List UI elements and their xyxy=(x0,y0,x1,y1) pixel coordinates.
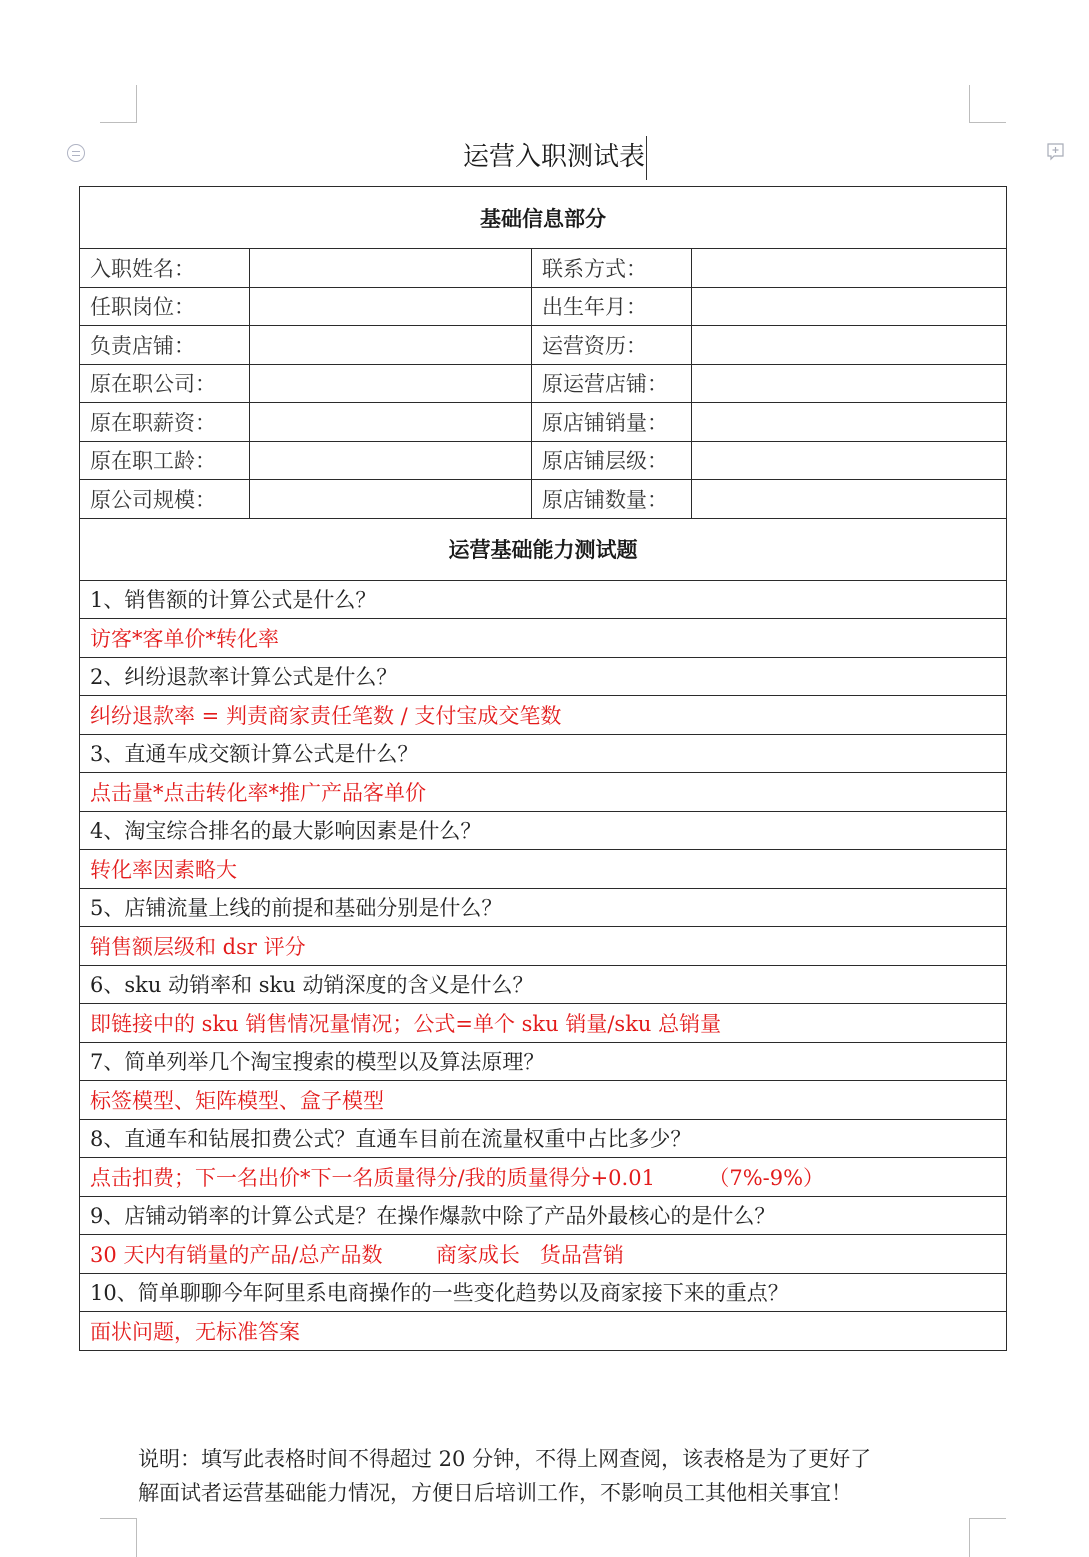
question-text: 9、店铺动销率的计算公式是？在操作爆款中除了产品外最核心的是什么？ xyxy=(80,1196,1007,1235)
field-label: 运营资历： xyxy=(532,326,692,365)
answer-row: 标签模型、矩阵模型、盒子模型 xyxy=(80,1081,1007,1120)
previous-company-field[interactable] xyxy=(250,364,532,403)
answer-row: 转化率因素略大 xyxy=(80,850,1007,889)
basic-info-heading-row: 基础信息部分 xyxy=(80,187,1007,249)
answer-text[interactable]: 标签模型、矩阵模型、盒子模型 xyxy=(80,1081,1007,1120)
answer-text[interactable]: 面状问题，无标准答案 xyxy=(80,1312,1007,1351)
question-row: 3、直通车成交额计算公式是什么？ xyxy=(80,734,1007,773)
note-line: 说明：填写此表格时间不得超过 20 分钟，不得上网查阅，该表格是为了更好了 xyxy=(138,1442,978,1476)
birth-date-field[interactable] xyxy=(692,287,1007,326)
field-label: 原运营店铺： xyxy=(532,364,692,403)
name-field[interactable] xyxy=(250,249,532,288)
info-row: 任职岗位： 出生年月： xyxy=(80,287,1007,326)
field-label: 原店铺数量： xyxy=(532,480,692,519)
field-label: 联系方式： xyxy=(532,249,692,288)
question-text: 3、直通车成交额计算公式是什么？ xyxy=(80,734,1007,773)
question-text: 7、简单列举几个淘宝搜索的模型以及算法原理？ xyxy=(80,1042,1007,1081)
page-corner-mark-bottom-left xyxy=(100,1518,137,1557)
answer-text[interactable]: 访客*客单价*转化率 xyxy=(80,619,1007,658)
contact-field[interactable] xyxy=(692,249,1007,288)
note-line: 解面试者运营基础能力情况，方便日后培训工作，不影响员工其他相关事宜！ xyxy=(138,1476,978,1510)
page-corner-mark-bottom-right xyxy=(969,1518,1006,1557)
field-label: 原店铺销量： xyxy=(532,403,692,442)
answer-row: 面状问题，无标准答案 xyxy=(80,1312,1007,1351)
responsible-store-field[interactable] xyxy=(250,326,532,365)
page-corner-mark-top-right xyxy=(969,85,1006,123)
answer-text[interactable]: 点击扣费；下一名出价*下一名质量得分/我的质量得分+0.01 （7%-9%） xyxy=(80,1158,1007,1197)
question-text: 10、简单聊聊今年阿里系电商操作的一些变化趋势以及商家接下来的重点？ xyxy=(80,1273,1007,1312)
previous-store-tier-field[interactable] xyxy=(692,441,1007,480)
question-text: 5、店铺流量上线的前提和基础分别是什么？ xyxy=(80,888,1007,927)
info-row: 原在职公司： 原运营店铺： xyxy=(80,364,1007,403)
test-heading: 运营基础能力测试题 xyxy=(80,518,1007,580)
answer-text[interactable]: 点击量*点击转化率*推广产品客单价 xyxy=(80,773,1007,812)
page-corner-mark-top-left xyxy=(100,85,137,123)
info-row: 原在职薪资： 原店铺销量： xyxy=(80,403,1007,442)
question-row: 5、店铺流量上线的前提和基础分别是什么？ xyxy=(80,888,1007,927)
basic-info-heading: 基础信息部分 xyxy=(80,187,1007,249)
info-row: 负责店铺： 运营资历： xyxy=(80,326,1007,365)
text-cursor xyxy=(646,136,647,180)
operation-experience-field[interactable] xyxy=(692,326,1007,365)
field-label: 原店铺层级： xyxy=(532,441,692,480)
answer-text[interactable]: 转化率因素略大 xyxy=(80,850,1007,889)
answer-text[interactable]: 即链接中的 sku 销售情况量情况；公式=单个 sku 销量/sku 总销量 xyxy=(80,1004,1007,1043)
previous-salary-field[interactable] xyxy=(250,403,532,442)
answer-text[interactable]: 销售额层级和 dsr 评分 xyxy=(80,927,1007,966)
field-label: 出生年月： xyxy=(532,287,692,326)
question-row: 4、淘宝综合排名的最大影响因素是什么？ xyxy=(80,811,1007,850)
instructions-note: 说明：填写此表格时间不得超过 20 分钟，不得上网查阅，该表格是为了更好了 解面… xyxy=(138,1442,978,1510)
test-form-table: 基础信息部分 入职姓名： 联系方式： 任职岗位： 出生年月： 负责店铺： 运营资… xyxy=(79,186,1007,1351)
answer-row: 点击量*点击转化率*推广产品客单价 xyxy=(80,773,1007,812)
question-text: 8、直通车和钻展扣费公式？直通车目前在流量权重中占比多少？ xyxy=(80,1119,1007,1158)
question-row: 8、直通车和钻展扣费公式？直通车目前在流量权重中占比多少？ xyxy=(80,1119,1007,1158)
answer-row: 即链接中的 sku 销售情况量情况；公式=单个 sku 销量/sku 总销量 xyxy=(80,1004,1007,1043)
field-label: 入职姓名： xyxy=(80,249,250,288)
question-row: 2、纠纷退款率计算公式是什么？ xyxy=(80,657,1007,696)
answer-row: 纠纷退款率 = 判责商家责任笔数 / 支付宝成交笔数 xyxy=(80,696,1007,735)
answer-text[interactable]: 30 天内有销量的产品/总产品数 商家成长 货品营销 xyxy=(80,1235,1007,1274)
previous-store-count-field[interactable] xyxy=(692,480,1007,519)
question-text: 1、销售额的计算公式是什么？ xyxy=(80,580,1007,619)
test-heading-row: 运营基础能力测试题 xyxy=(80,518,1007,580)
field-label: 原在职公司： xyxy=(80,364,250,403)
previous-store-sales-field[interactable] xyxy=(692,403,1007,442)
question-text: 4、淘宝综合排名的最大影响因素是什么？ xyxy=(80,811,1007,850)
answer-row: 销售额层级和 dsr 评分 xyxy=(80,927,1007,966)
document-title-text: 运营入职测试表 xyxy=(463,142,645,172)
previous-company-size-field[interactable] xyxy=(250,480,532,519)
position-field[interactable] xyxy=(250,287,532,326)
answer-row: 访客*客单价*转化率 xyxy=(80,619,1007,658)
question-text: 6、sku 动销率和 sku 动销深度的含义是什么？ xyxy=(80,965,1007,1004)
field-label: 原在职薪资： xyxy=(80,403,250,442)
question-row: 7、简单列举几个淘宝搜索的模型以及算法原理？ xyxy=(80,1042,1007,1081)
answer-row: 30 天内有销量的产品/总产品数 商家成长 货品营销 xyxy=(80,1235,1007,1274)
question-row: 9、店铺动销率的计算公式是？在操作爆款中除了产品外最核心的是什么？ xyxy=(80,1196,1007,1235)
answer-text[interactable]: 纠纷退款率 = 判责商家责任笔数 / 支付宝成交笔数 xyxy=(80,696,1007,735)
question-row: 10、简单聊聊今年阿里系电商操作的一些变化趋势以及商家接下来的重点？ xyxy=(80,1273,1007,1312)
field-label: 任职岗位： xyxy=(80,287,250,326)
field-label: 原在职工龄： xyxy=(80,441,250,480)
field-label: 负责店铺： xyxy=(80,326,250,365)
question-row: 1、销售额的计算公式是什么？ xyxy=(80,580,1007,619)
info-row: 原在职工龄： 原店铺层级： xyxy=(80,441,1007,480)
info-row: 原公司规模： 原店铺数量： xyxy=(80,480,1007,519)
previous-tenure-field[interactable] xyxy=(250,441,532,480)
field-label: 原公司规模： xyxy=(80,480,250,519)
question-text: 2、纠纷退款率计算公式是什么？ xyxy=(80,657,1007,696)
document-title[interactable]: 运营入职测试表 xyxy=(0,136,1089,176)
answer-row: 点击扣费；下一名出价*下一名质量得分/我的质量得分+0.01 （7%-9%） xyxy=(80,1158,1007,1197)
previous-store-field[interactable] xyxy=(692,364,1007,403)
info-row: 入职姓名： 联系方式： xyxy=(80,249,1007,288)
question-row: 6、sku 动销率和 sku 动销深度的含义是什么？ xyxy=(80,965,1007,1004)
